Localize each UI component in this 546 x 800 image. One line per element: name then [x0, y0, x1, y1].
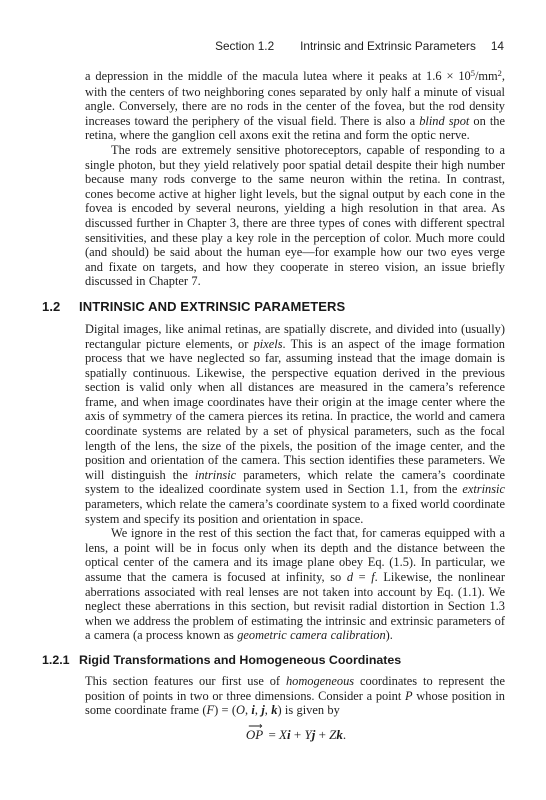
paragraph-2: The rods are extremely sensitive photore…: [85, 143, 505, 289]
running-header: Section 1.2 Intrinsic and Extrinsic Para…: [0, 39, 504, 53]
paragraph-5: This section features our first use of h…: [85, 674, 505, 718]
subsection-heading-number: 1.2.1: [42, 653, 66, 667]
section-heading: 1.2 INTRINSIC AND EXTRINSIC PARAMETERS: [42, 299, 505, 314]
paragraph-1: a depression in the middle of the macula…: [85, 69, 505, 143]
body-text: a depression in the middle of the macula…: [42, 69, 505, 744]
section-heading-number: 1.2: [42, 299, 67, 314]
paragraph-4: We ignore in the rest of this section th…: [85, 526, 505, 643]
subsection-heading-title: Rigid Transformations and Homogeneous Co…: [79, 653, 401, 667]
equation-op-vector: OP = Xi + Yj + Zk.: [85, 726, 505, 744]
running-header-chapter-title: Intrinsic and Extrinsic Parameters: [300, 39, 476, 53]
section-heading-title: INTRINSIC AND EXTRINSIC PARAMETERS: [79, 299, 345, 314]
running-header-page-number: 14: [491, 39, 504, 53]
subsection-heading: 1.2.1 Rigid Transformations and Homogene…: [42, 653, 505, 667]
textbook-page: Section 1.2 Intrinsic and Extrinsic Para…: [0, 0, 546, 800]
running-header-section-label: Section 1.2: [215, 39, 274, 53]
paragraph-3: Digital images, like animal retinas, are…: [85, 322, 505, 526]
